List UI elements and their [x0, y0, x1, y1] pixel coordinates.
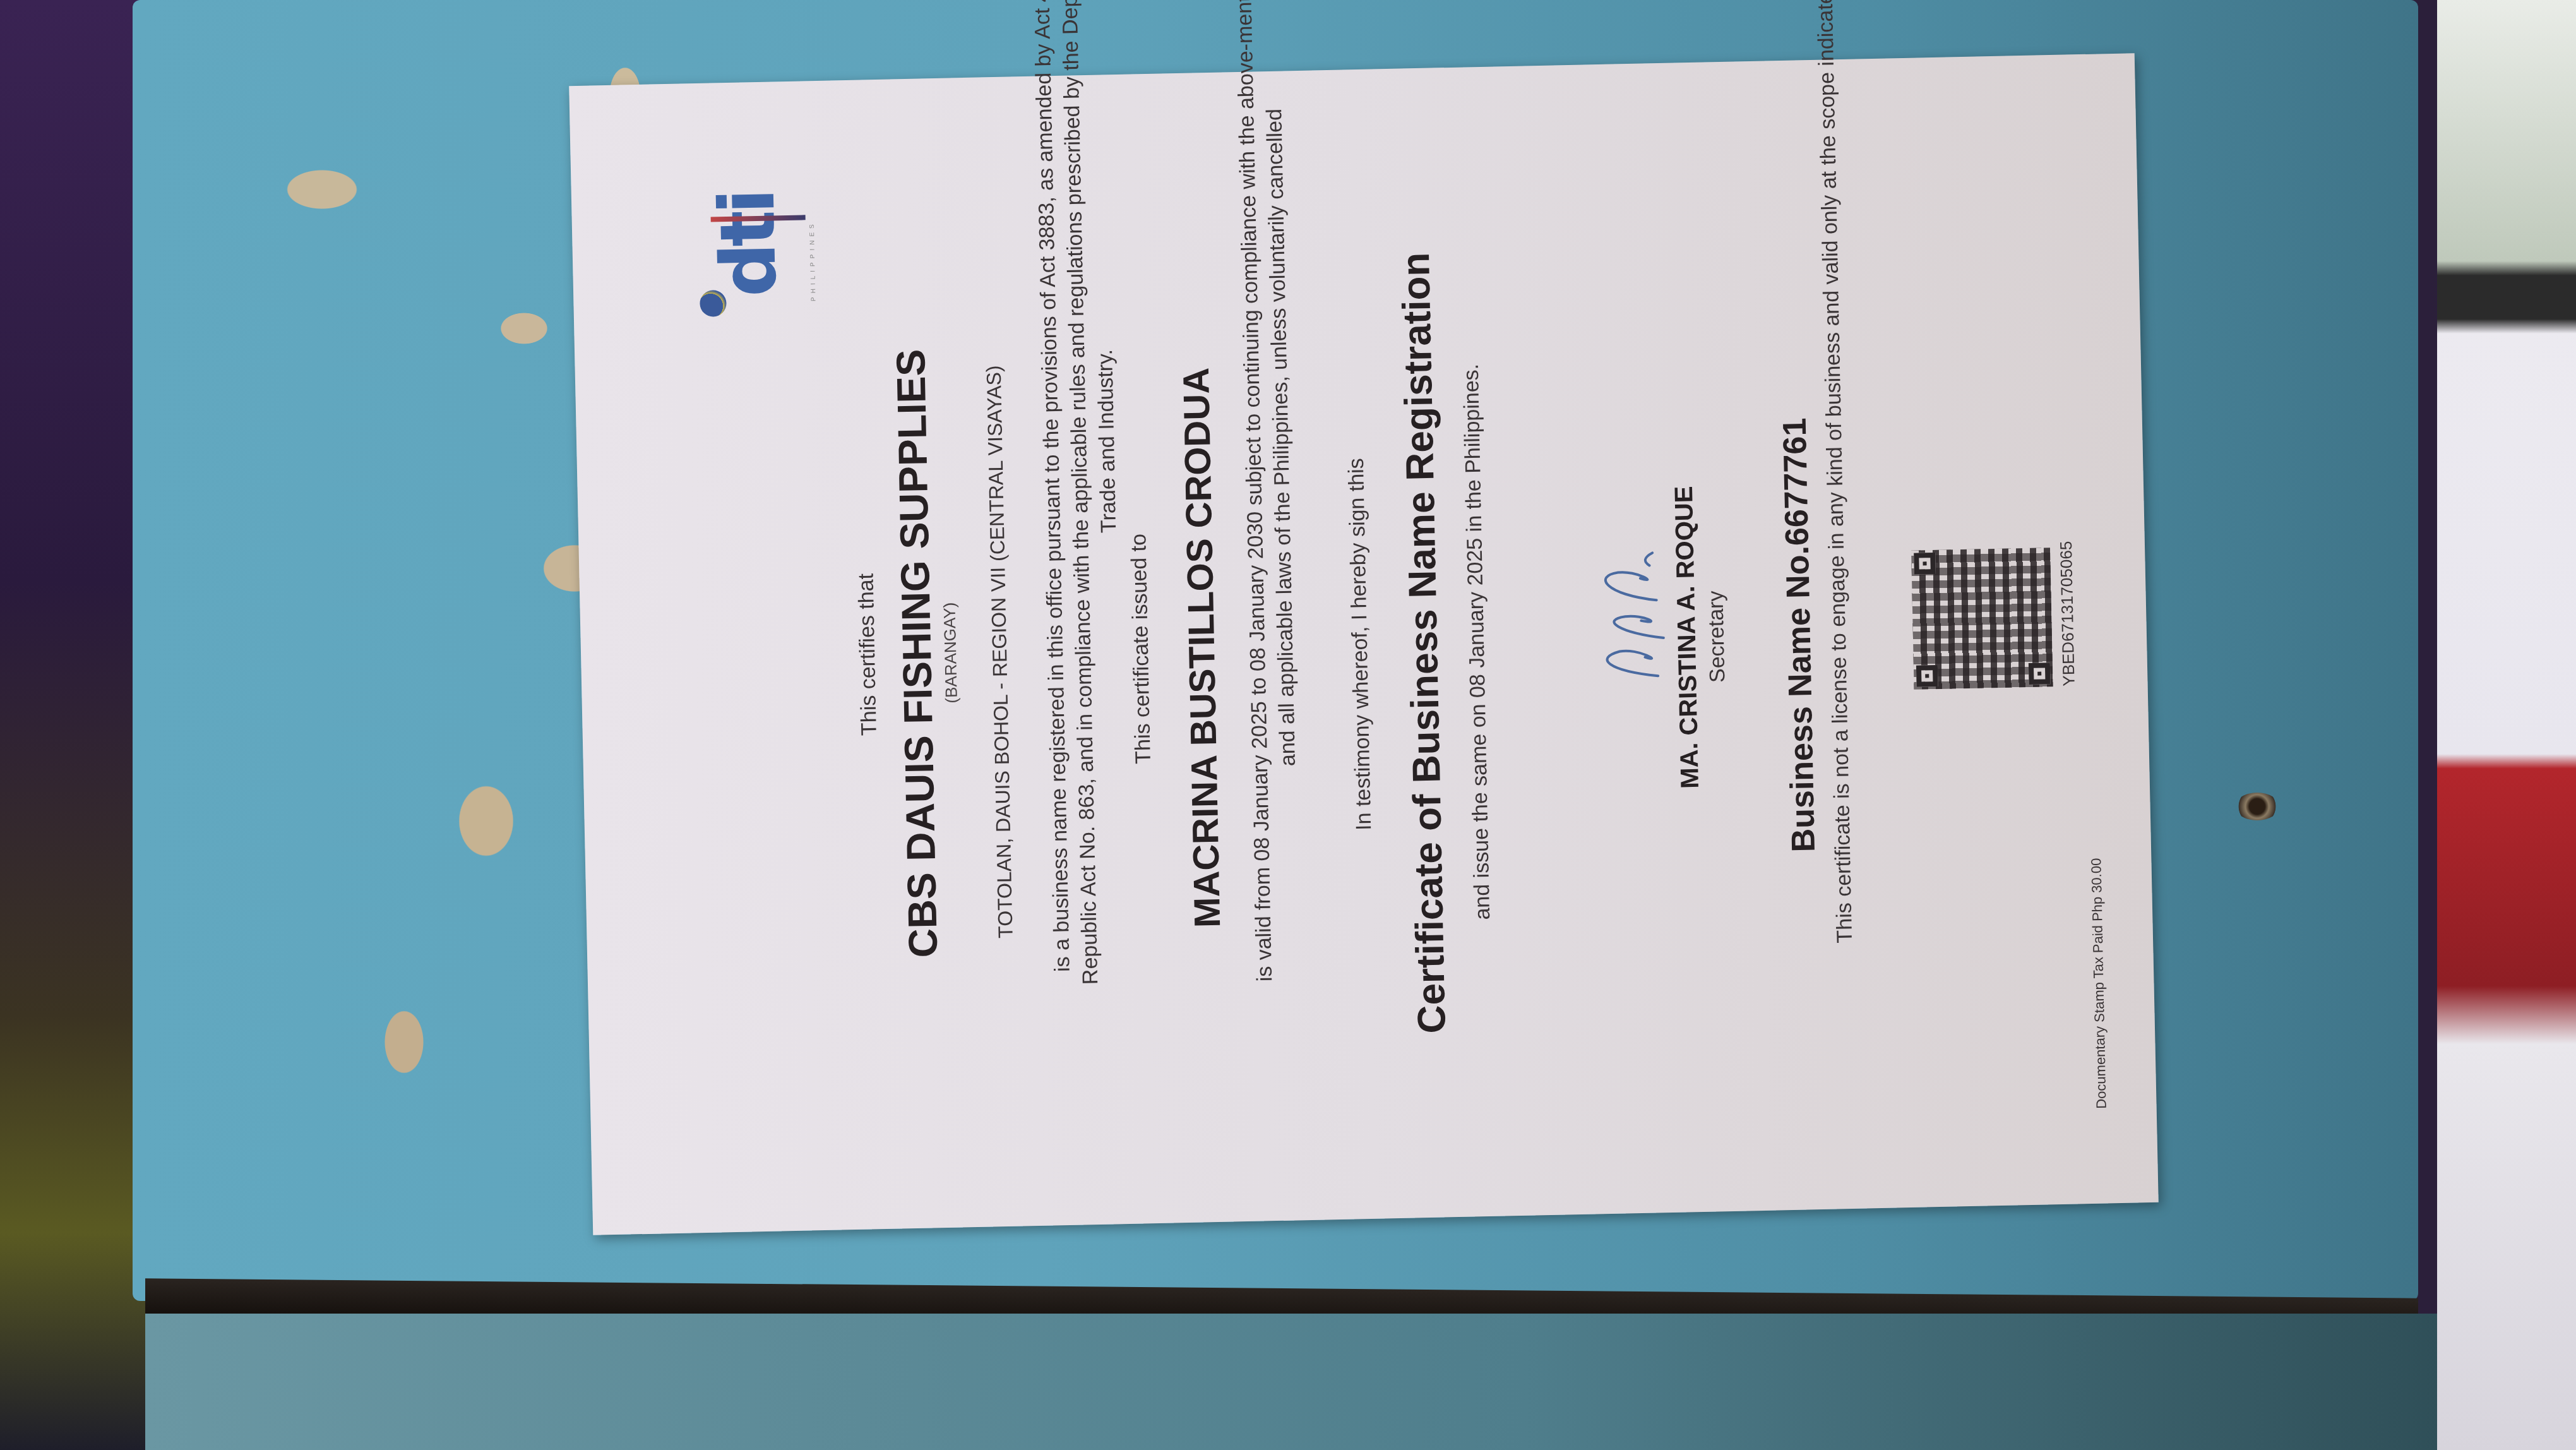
qr-finder-icon	[1916, 665, 1938, 687]
qr-finder-icon	[2029, 662, 2051, 685]
logo-text: dti	[710, 191, 788, 298]
dti-logo: dti PHILIPPINES	[698, 207, 820, 317]
signature	[1580, 543, 1678, 697]
validity-paragraph: is valid from 08 January 2025 to 08 Janu…	[1224, 0, 1311, 1202]
stamp-note: Documentary Stamp Tax Paid Php 30.00	[2087, 781, 2110, 1109]
issue-statement: and issue the same on 08 January 2025 in…	[1453, 86, 1501, 1197]
qr-code	[1911, 548, 2053, 690]
screw-hole	[2235, 793, 2279, 820]
background-wall	[2437, 0, 2576, 1450]
lower-board	[145, 1314, 2443, 1450]
certificate-paper: dti PHILIPPINES This certifies that CBS …	[569, 53, 2159, 1235]
certificate-content: dti PHILIPPINES This certifies that CBS …	[595, 73, 2133, 1216]
logo-subtext: PHILIPPINES	[808, 207, 818, 315]
background-cloth	[0, 0, 145, 1450]
testimony-text: In testimony whereof, I hereby sign this	[1337, 88, 1385, 1200]
qr-code-text: YBED67131705065	[2056, 547, 2079, 686]
qr-finder-icon	[1914, 553, 1936, 575]
certificate-title: Certificate of Business Name Registratio…	[1390, 87, 1458, 1199]
intro-text: This certifies that	[844, 99, 892, 1210]
business-address: TOTOLAN, DAUIS BOHOL - REGION VII (CENTR…	[977, 96, 1023, 1207]
owner-name: MACRINA BUSTILLOS CRODUA	[1169, 92, 1235, 1204]
